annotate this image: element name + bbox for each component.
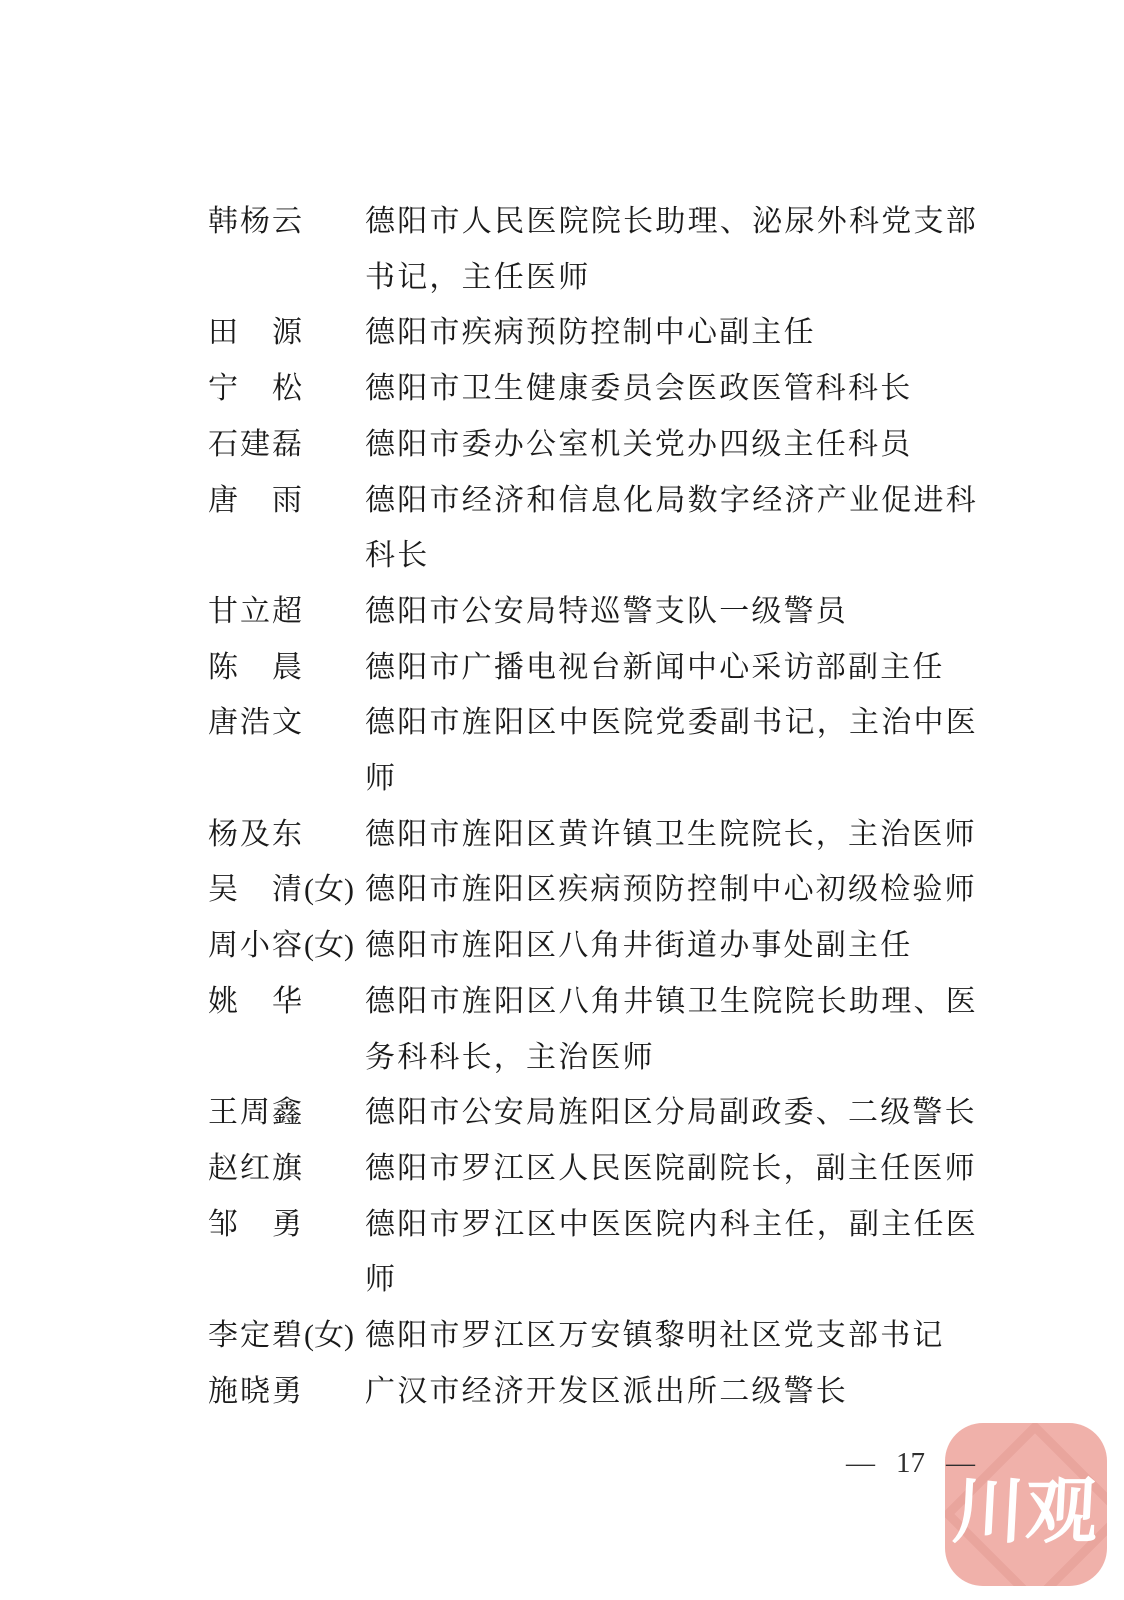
- person-name: 杨及东: [208, 818, 304, 851]
- person-name: 赵红旗: [208, 1152, 304, 1185]
- page-number-dash-left: —: [846, 1447, 875, 1480]
- person-title: 德阳市卫生健康委员会医政医管科科长: [365, 361, 978, 417]
- gender-suffix: (女): [304, 929, 354, 962]
- person-title: 德阳市罗江区中医医院内科主任，副主任医师: [365, 1197, 978, 1308]
- person-name: 甘立超: [208, 595, 304, 628]
- person-name: 石建磊: [208, 428, 304, 461]
- table-row: 宁 松 德阳市卫生健康委员会医政医管科科长: [208, 361, 980, 417]
- table-row: 韩杨云 德阳市人民医院院长助理、泌尿外科党支部书记，主任医师: [208, 194, 980, 305]
- person-name: 田 源: [208, 316, 304, 349]
- gender-suffix: (女): [304, 1319, 354, 1352]
- name-cell: 赵红旗: [208, 1141, 365, 1197]
- page-number-dash-right: —: [946, 1447, 975, 1480]
- name-cell: 李定碧(女): [208, 1308, 365, 1364]
- person-name: 吴 清: [208, 873, 304, 906]
- person-name: 邹 勇: [208, 1208, 304, 1241]
- person-name: 唐浩文: [208, 706, 304, 739]
- name-cell: 唐浩文: [208, 695, 365, 751]
- person-title: 广汉市经济开发区派出所二级警长: [365, 1364, 978, 1420]
- person-name: 李定碧: [208, 1319, 304, 1352]
- table-row: 甘立超 德阳市公安局特巡警支队一级警员: [208, 584, 980, 640]
- name-cell: 王周鑫: [208, 1085, 365, 1141]
- person-title: 德阳市旌阳区中医院党委副书记，主治中医师: [365, 695, 978, 806]
- table-row: 陈 晨 德阳市广播电视台新闻中心采访部副主任: [208, 640, 980, 696]
- name-cell: 施晓勇: [208, 1364, 365, 1420]
- person-title: 德阳市旌阳区疾病预防控制中心初级检验师: [365, 862, 978, 918]
- name-cell: 吴 清(女): [208, 862, 365, 918]
- person-name: 陈 晨: [208, 651, 304, 684]
- table-row: 唐 雨 德阳市经济和信息化局数字经济产业促进科科长: [208, 473, 980, 584]
- person-title: 德阳市人民医院院长助理、泌尿外科党支部书记，主任医师: [365, 194, 978, 305]
- person-title: 德阳市旌阳区黄许镇卫生院院长，主治医师: [365, 807, 978, 863]
- person-name: 唐 雨: [208, 484, 304, 517]
- page-number: — 17 —: [846, 1447, 975, 1480]
- commendation-name-list: 韩杨云 德阳市人民医院院长助理、泌尿外科党支部书记，主任医师 田 源 德阳市疾病…: [208, 194, 980, 1419]
- table-row: 田 源 德阳市疾病预防控制中心副主任: [208, 305, 980, 361]
- document-page: 韩杨云 德阳市人民医院院长助理、泌尿外科党支部书记，主任医师 田 源 德阳市疾病…: [0, 0, 1124, 1600]
- name-cell: 姚 华: [208, 974, 365, 1030]
- person-name: 王周鑫: [208, 1096, 304, 1129]
- name-cell: 石建磊: [208, 417, 365, 473]
- table-row: 周小容(女) 德阳市旌阳区八角井街道办事处副主任: [208, 918, 980, 974]
- table-row: 王周鑫 德阳市公安局旌阳区分局副政委、二级警长: [208, 1085, 980, 1141]
- page-number-value: 17: [896, 1447, 925, 1480]
- table-row: 石建磊 德阳市委办公室机关党办四级主任科员: [208, 417, 980, 473]
- name-cell: 田 源: [208, 305, 365, 361]
- name-cell: 邹 勇: [208, 1197, 365, 1253]
- name-cell: 甘立超: [208, 584, 365, 640]
- person-title: 德阳市委办公室机关党办四级主任科员: [365, 417, 978, 473]
- person-title: 德阳市罗江区万安镇黎明社区党支部书记: [365, 1308, 978, 1364]
- person-name: 姚 华: [208, 985, 304, 1018]
- table-row: 赵红旗 德阳市罗江区人民医院副院长，副主任医师: [208, 1141, 980, 1197]
- table-row: 吴 清(女) 德阳市旌阳区疾病预防控制中心初级检验师: [208, 862, 980, 918]
- person-name: 宁 松: [208, 372, 304, 405]
- person-title: 德阳市旌阳区八角井镇卫生院院长助理、医务科科长，主治医师: [365, 974, 978, 1085]
- table-row: 唐浩文 德阳市旌阳区中医院党委副书记，主治中医师: [208, 695, 980, 806]
- name-cell: 韩杨云: [208, 194, 365, 250]
- person-title: 德阳市罗江区人民医院副院长，副主任医师: [365, 1141, 978, 1197]
- table-row: 施晓勇 广汉市经济开发区派出所二级警长: [208, 1364, 980, 1420]
- name-cell: 杨及东: [208, 807, 365, 863]
- person-name: 周小容: [208, 929, 304, 962]
- gender-suffix: (女): [304, 873, 354, 906]
- person-title: 德阳市公安局旌阳区分局副政委、二级警长: [365, 1085, 978, 1141]
- table-row: 杨及东 德阳市旌阳区黄许镇卫生院院长，主治医师: [208, 807, 980, 863]
- person-name: 施晓勇: [208, 1375, 304, 1408]
- name-cell: 周小容(女): [208, 918, 365, 974]
- table-row: 李定碧(女) 德阳市罗江区万安镇黎明社区党支部书记: [208, 1308, 980, 1364]
- person-title: 德阳市疾病预防控制中心副主任: [365, 305, 978, 361]
- person-name: 韩杨云: [208, 205, 304, 238]
- table-row: 姚 华 德阳市旌阳区八角井镇卫生院院长助理、医务科科长，主治医师: [208, 974, 980, 1085]
- name-cell: 陈 晨: [208, 640, 365, 696]
- person-title: 德阳市旌阳区八角井街道办事处副主任: [365, 918, 978, 974]
- table-row: 邹 勇 德阳市罗江区中医医院内科主任，副主任医师: [208, 1197, 980, 1308]
- person-title: 德阳市经济和信息化局数字经济产业促进科科长: [365, 473, 978, 584]
- person-title: 德阳市广播电视台新闻中心采访部副主任: [365, 640, 978, 696]
- name-cell: 唐 雨: [208, 473, 365, 529]
- person-title: 德阳市公安局特巡警支队一级警员: [365, 584, 978, 640]
- name-cell: 宁 松: [208, 361, 365, 417]
